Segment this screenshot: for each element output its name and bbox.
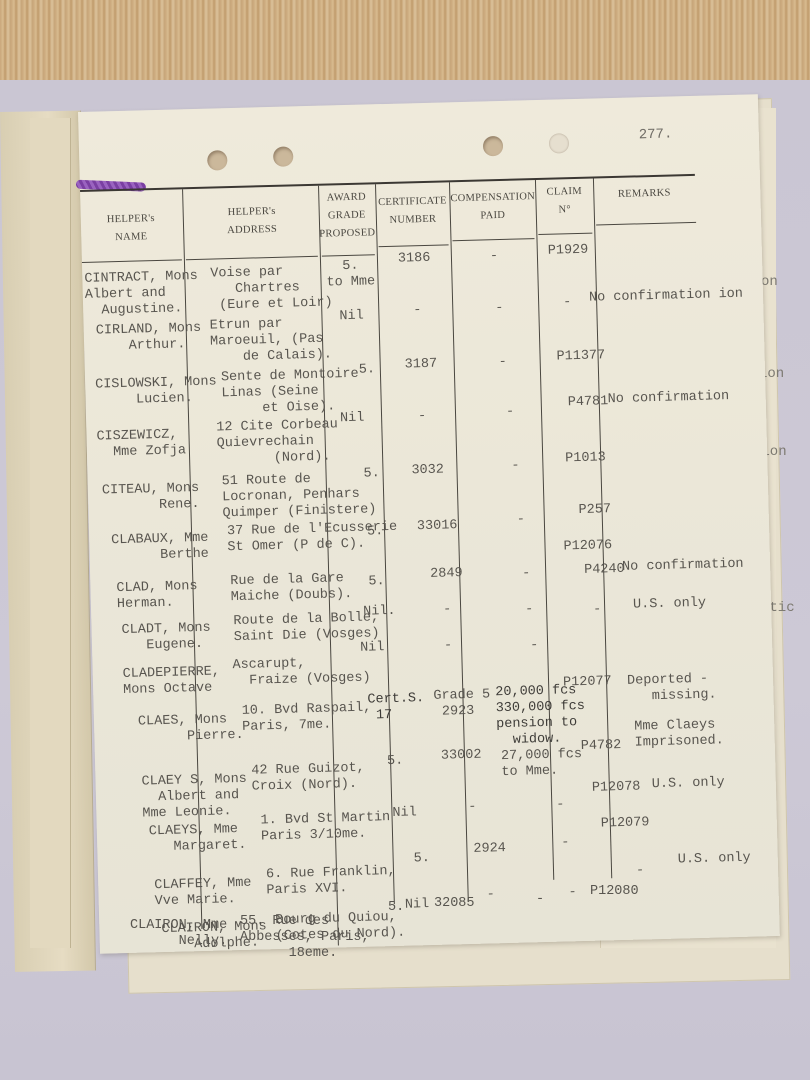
punch-hole	[483, 136, 504, 157]
header-underline	[82, 259, 182, 263]
helper-address: Ascarupt, Fraize (Vosges)	[232, 655, 371, 691]
column-divider	[593, 179, 612, 879]
helper-name: CINTRACT, Mons Albert and Augustine.	[84, 269, 199, 320]
claim-number: P11377	[556, 348, 605, 365]
certificate-number: -	[444, 638, 453, 654]
award-grade: 5.	[363, 466, 380, 482]
award-grade: Nil	[405, 897, 430, 914]
helper-address: Route de la Bolle, Saint Die (Vosges)	[233, 610, 380, 646]
claim-number: P4240	[584, 562, 625, 579]
remarks: U.S. only	[633, 596, 706, 614]
compensation-paid: -	[522, 566, 531, 582]
helper-name: CLAIRON, Mons Adolphe.	[161, 919, 267, 954]
award-grade: 5.	[368, 574, 385, 590]
claim-number: -	[593, 602, 602, 618]
helper-name: CLAES, Mons Pierre.	[138, 712, 244, 747]
header-text: ADDRESS	[185, 220, 319, 242]
header-text: PROPOSED	[319, 224, 375, 243]
certificate-number: 3186	[398, 251, 431, 268]
award-grade: Cert.S. 17	[367, 691, 425, 724]
compensation-paid: -	[495, 301, 504, 317]
compensation-paid: -	[517, 512, 526, 528]
remarks: U.S. only	[678, 851, 751, 869]
award-grade: Nil	[392, 805, 417, 822]
helper-address: 42 Rue Guizot, Croix (Nord).	[251, 761, 365, 796]
header-remarks: REMARKS	[594, 184, 694, 205]
award-grade: Nil	[340, 411, 365, 428]
header-text: N°	[537, 201, 593, 220]
claim-number: -	[563, 295, 572, 311]
helper-address: 6. Rue Franklin, Paris XVI.	[266, 864, 396, 899]
helper-name: CLADEPIERRE, Mons Octave	[123, 664, 221, 699]
compensation-paid: -	[556, 798, 565, 814]
remarks: No confirmation	[622, 557, 744, 576]
helper-name: CIRLAND, Mons Arthur.	[88, 321, 202, 356]
header-underline	[452, 238, 534, 241]
helper-address: 12 Cite Corbeau Quievrechain (Nord).	[216, 417, 339, 468]
helper-name: CISLOWSKI, Mons Lucien.	[95, 374, 217, 409]
remarks: No confirmation ion	[589, 287, 743, 307]
header-helper-name: HELPER's NAME	[81, 209, 182, 248]
claim-number: P4782	[581, 738, 622, 755]
wooden-desk-surface	[0, 0, 810, 86]
page-number: 277.	[639, 126, 673, 143]
header-text: CERTIFICATE	[376, 192, 448, 212]
helper-address: Bourg du Quiou, (Cotes du Nord).	[275, 910, 405, 945]
compensation-paid: -	[568, 885, 577, 901]
helper-name: CITEAU, Mons Rene.	[102, 481, 200, 516]
header-text: GRADE	[319, 206, 375, 225]
compensation-paid: -	[490, 249, 499, 265]
award-grade: 5.	[413, 851, 430, 867]
helper-address: Etrun par Maroeuil, (Pas de Calais).	[209, 315, 332, 366]
helper-name: CLABAUX, Mme Berthe	[111, 531, 209, 566]
claim-number: P12076	[563, 538, 612, 555]
punch-hole	[273, 146, 294, 167]
certificate-number: -	[468, 800, 477, 816]
certificate-number: -	[486, 887, 495, 903]
award-grade: 5.	[359, 362, 376, 378]
compensation-paid: -	[561, 835, 570, 851]
punch-hole	[207, 150, 228, 171]
claim-number: P1929	[548, 243, 589, 260]
award-grade: Nil	[360, 640, 385, 657]
award-grade: 5.	[367, 524, 384, 540]
award-grade: Nil	[339, 309, 364, 326]
certificate-number: -	[443, 602, 452, 618]
remarks: No confirmation	[608, 389, 730, 408]
helper-name: CLADT, Mons Eugene.	[121, 621, 211, 655]
helper-address: Rue de la Gare Maiche (Doubs).	[230, 571, 352, 606]
left-page-stack-edge	[30, 118, 71, 948]
header-underline	[538, 233, 592, 235]
header-underline	[379, 244, 449, 247]
claim-number: P12077	[563, 674, 612, 691]
header-text: NAME	[81, 227, 181, 248]
helper-name: CLAEY S, Mons Albert and Mme Leonie.	[141, 772, 248, 823]
award-grade: 5.	[387, 754, 404, 770]
award-grade: 5. to Mme	[326, 258, 375, 291]
header-text: REMARKS	[594, 184, 694, 205]
column-divider	[449, 182, 469, 902]
certificate-number: Grade 5 2923	[433, 687, 491, 720]
claim-number: P1013	[565, 450, 606, 467]
claim-number: P257	[578, 502, 611, 519]
header-text: AWARD	[318, 188, 374, 207]
compensation-paid: 27,000 fcs to Mme.	[501, 747, 583, 781]
header-text: CLAIM	[536, 183, 592, 202]
helper-address: 10. Bvd Raspail, Paris, 7me.	[242, 701, 372, 736]
remarks: Mme Claeys Imprisoned.	[634, 717, 724, 751]
claim-number: -	[636, 863, 645, 879]
certificate-number: 2849	[430, 566, 463, 583]
header-text: COMPENSATION	[450, 188, 534, 208]
certificate-number: -	[418, 409, 427, 425]
remarks: U.S. only	[652, 775, 725, 793]
helper-name: CLAD, Mons Herman.	[116, 579, 198, 613]
header-helper-address: HELPER's ADDRESS	[184, 202, 319, 241]
helper-address: 51 Route de Locronan, Penhars Quimper (F…	[222, 470, 377, 522]
certificate-number: 3032	[411, 463, 444, 480]
punch-hole	[549, 133, 570, 154]
compensation-paid: -	[499, 355, 508, 371]
compensation-paid: 20,000 fcs 330,000 fcs pension to widow.	[495, 683, 586, 749]
header-text: PAID	[451, 206, 535, 226]
compensation-paid: -	[530, 638, 539, 654]
certificate-number: 2924	[473, 841, 506, 858]
header-claim-number: CLAIM N°	[536, 183, 593, 220]
header-underline	[186, 256, 318, 260]
claim-number: P12078	[592, 780, 641, 797]
helper-name: CISZEWICZ, Mme Zofja	[96, 427, 186, 461]
claim-number: P12079	[601, 815, 650, 832]
helper-name: CLAEYS, Mme Margaret.	[149, 822, 247, 857]
header-underline	[322, 254, 375, 256]
certificate-number: -	[413, 303, 422, 319]
header-award-grade: AWARD GRADE PROPOSED	[318, 188, 375, 243]
compensation-paid: -	[525, 602, 534, 618]
compensation-paid: -	[511, 459, 520, 475]
award-grade: Nil.	[363, 604, 396, 621]
background-fragment: on	[761, 274, 778, 290]
helper-address: 1. Bvd St Martin Paris 3/10me.	[260, 810, 390, 845]
header-text: NUMBER	[377, 210, 449, 230]
helper-name: CLAFFEY, Mme Vve Marie.	[154, 876, 252, 911]
document-sheet: 277. HELPER's NAME HELPER's ADDRESS AWAR…	[78, 94, 780, 954]
claim-number: P4781	[568, 394, 609, 411]
certificate-number: 3187	[405, 357, 438, 374]
compensation-paid: -	[506, 405, 515, 421]
header-certificate-number: CERTIFICATE NUMBER	[376, 192, 449, 230]
helper-address: Voise par Chartres (Eure et Loir)	[210, 263, 333, 314]
certificate-number: 33016	[417, 518, 458, 535]
remarks: Deported - missing.	[627, 671, 717, 705]
header-compensation-paid: COMPENSATION PAID	[450, 188, 535, 226]
certificate-number: 33002	[441, 748, 482, 765]
header-underline	[596, 222, 696, 226]
